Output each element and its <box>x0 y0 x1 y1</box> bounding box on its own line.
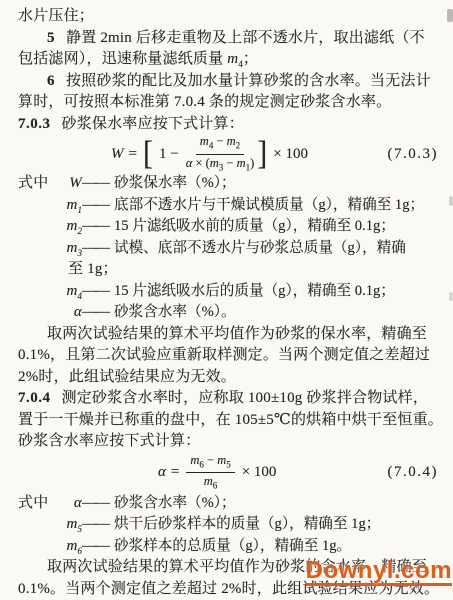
paragraph-line: 0.1%，且第二次试验应重新取样测定。当两个测定值之差超过 <box>18 345 438 367</box>
definition-text: 底部不透水片与干燥试模质量（g），精确至 1g； <box>114 195 438 217</box>
definition-symbol: m6 <box>60 536 82 558</box>
definition-row-m5: m5 —— 烘干后砂浆样本的质量（g），精确至 1g； <box>18 514 438 536</box>
clause-number: 6 <box>47 73 55 89</box>
definition-symbol: α <box>60 493 82 515</box>
body-line: 置于一干燥并已称重的盘中，在 105±5℃的烘箱中烘干至恒重。 <box>18 410 438 432</box>
scan-artifact <box>447 9 453 22</box>
body-line: 包括滤网），迅速称量滤纸质量 m4； <box>18 49 438 71</box>
clause-text: 静置 2min 后移走重物及上部不透水片，取出滤纸（不 <box>66 30 425 46</box>
equals-sign: = <box>171 464 179 481</box>
definition-symbol: m5 <box>60 514 82 536</box>
formula-7-0-3: W = [ 1 − m4 − m2 α × (m3 − m1) ] × 100 … <box>18 135 438 173</box>
scan-artifact <box>449 196 453 206</box>
definition-text: 砂浆保水率（%）； <box>114 173 438 195</box>
definition-text: 15 片滤纸吸水后的质量（g），精确至 0.1g； <box>114 281 438 303</box>
clause-number: 5 <box>47 30 55 46</box>
open-bracket: [ <box>143 137 153 171</box>
section-text: 测定砂浆含水率时，应称取 100±10g 砂浆拌合物试样， <box>62 390 429 406</box>
scan-artifact <box>449 292 453 301</box>
fraction-denominator: α × (m3 − m1) <box>186 155 255 174</box>
section-number: 7.0.4 <box>18 390 51 406</box>
definition-row-W: 式中 W —— 砂浆保水率（%）； <box>18 173 438 195</box>
document-page: 水片压住； 5静置 2min 后移走重物及上部不透水片，取出滤纸（不 包括滤网）… <box>0 0 453 600</box>
definition-text: 烘干后砂浆样本的质量（g），精确至 1g； <box>114 514 438 536</box>
paragraph-line: 取两次试验结果的算术平均值作为砂浆的保水率，精确至 <box>18 324 438 346</box>
fraction-numerator: m4 − m2 <box>196 135 244 155</box>
definition-symbol: m4 <box>60 281 82 303</box>
one-minus: 1 − <box>159 146 179 163</box>
section-number: 7.0.3 <box>18 116 51 132</box>
definition-symbol: m2 <box>60 216 82 238</box>
definition-dash: —— <box>82 238 114 260</box>
definition-dash: —— <box>82 536 114 558</box>
clause-6-paragraph: 6按照砂浆的配比及加水量计算砂浆的含水率。当无法计 <box>18 71 438 93</box>
formula-lhs: α <box>158 464 166 481</box>
times-100: × 100 <box>273 146 308 163</box>
definition-dash: —— <box>82 493 114 515</box>
definition-row-m1: m1 —— 底部不透水片与干燥试模质量（g），精确至 1g； <box>18 195 438 217</box>
definition-row-m3: m3 —— 试模、底部不透水片与砂浆总质量（g），精确 <box>18 238 438 260</box>
close-bracket: ] <box>257 137 267 171</box>
body-line-continuation: 水片压住； <box>18 6 438 28</box>
definition-row-m2: m2 —— 15 片滤纸吸水前的质量（g），精确至 0.1g； <box>18 216 438 238</box>
where-label: 式中 <box>18 173 60 195</box>
fraction-numerator: m6 − m5 <box>186 453 234 474</box>
fraction: m4 − m2 α × (m3 − m1) <box>186 135 255 173</box>
where-label: 式中 <box>18 493 60 515</box>
fraction-denominator: m6 <box>204 473 218 493</box>
definition-row-m4: m4 —— 15 片滤纸吸水后的质量（g），精确至 0.1g； <box>18 281 438 303</box>
body-line: 砂浆含水率应按下式计算： <box>18 431 438 453</box>
formula-lhs: W <box>111 146 124 163</box>
section-7-0-3-heading: 7.0.3砂浆保水率应按下式计算： <box>18 114 438 136</box>
definition-dash: —— <box>82 216 114 238</box>
equals-sign: = <box>129 146 137 163</box>
definition-row-m6: m6 —— 砂浆样本的总质量（g），精确至 1g。 <box>18 536 438 558</box>
definition-symbol: m3 <box>60 238 82 260</box>
definition-symbol: α <box>60 302 82 324</box>
definition-row-alpha: α —— 砂浆含水率（%）。 <box>18 302 438 324</box>
definition-dash: —— <box>82 302 114 324</box>
clause-text: 按照砂浆的配比及加水量计算砂浆的含水率。当无法计 <box>66 73 431 89</box>
section-7-0-4-heading: 7.0.4测定砂浆含水率时，应称取 100±10g 砂浆拌合物试样， <box>18 388 438 410</box>
definition-text: 15 片滤纸吸水前的质量（g），精确至 0.1g； <box>114 216 438 238</box>
clause-5-paragraph: 5静置 2min 后移走重物及上部不透水片，取出滤纸（不 <box>18 28 438 50</box>
body-text: 包括滤网），迅速称量滤纸质量 <box>18 51 227 67</box>
equation-number: (7.0.4) <box>388 464 439 481</box>
formula-7-0-4: α = m6 − m5 m6 × 100 (7.0.4) <box>18 453 438 493</box>
definition-dash: —— <box>82 173 114 195</box>
definition-row-alpha: 式中 α —— 砂浆含水率（%）； <box>18 493 438 515</box>
watermark-downyl: Downyl.com <box>306 559 452 586</box>
definition-symbol: W <box>60 173 82 195</box>
definition-dash: —— <box>82 281 114 303</box>
definition-text: 试模、底部不透水片与砂浆总质量（g），精确 <box>114 238 438 260</box>
paragraph-line: 2%时，此组试验结果应为无效。 <box>18 367 438 389</box>
times-100: × 100 <box>242 464 277 481</box>
equation-number: (7.0.3) <box>388 146 439 163</box>
body-text: ； <box>243 51 258 67</box>
section-text: 砂浆保水率应按下式计算： <box>62 116 244 132</box>
definition-text: 砂浆含水率（%）； <box>114 493 438 515</box>
body-line: 算时，可按照本标准第 7.0.4 条的规定测定砂浆含水率。 <box>18 92 438 114</box>
definition-dash: —— <box>82 195 114 217</box>
definition-text: 砂浆含水率（%）。 <box>114 302 438 324</box>
definition-continuation: 至 1g； <box>18 259 438 281</box>
definition-text: 砂浆样本的总质量（g），精确至 1g。 <box>114 536 438 558</box>
definition-symbol: m1 <box>60 195 82 217</box>
definition-dash: —— <box>82 514 114 536</box>
fraction: m6 − m5 m6 <box>186 453 234 493</box>
math-symbol-m4: m <box>227 51 238 67</box>
